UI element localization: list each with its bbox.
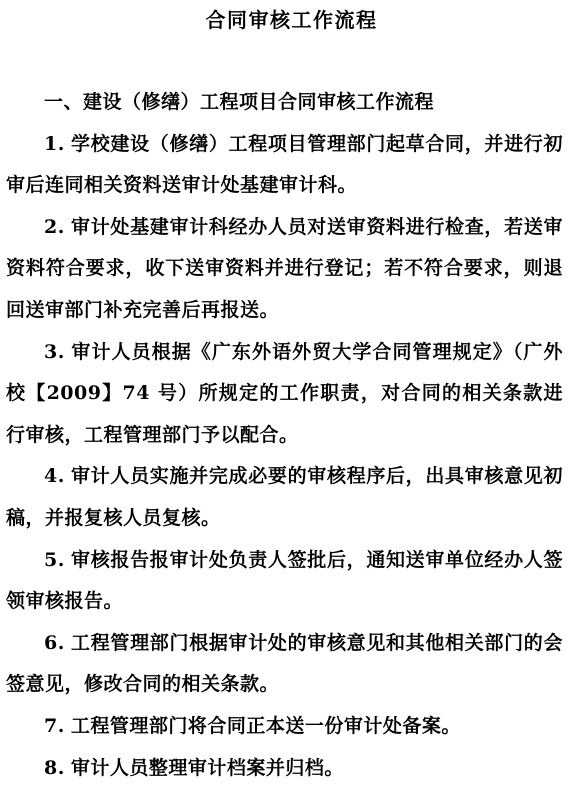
paragraph-2-number: 2. [44,216,65,238]
paragraph-1-number: 1. [44,133,65,155]
paragraph-7: 7.工程管理部门将合同正本送一份审计处备案。 [6,706,563,748]
paragraph-1-text: 学校建设（修缮）工程项目管理部门起草合同，并进行初审后连同相关资料送审计处基建审… [6,133,563,197]
paragraph-7-text: 工程管理部门将合同正本送一份审计处备案。 [71,715,461,737]
paragraph-5-text: 审核报告报审计处负责人签批后，通知送审单位经办人签领审核报告。 [6,549,563,613]
paragraph-6-number: 6. [44,632,65,654]
paragraph-5-number: 5. [44,549,65,571]
paragraph-2: 2.审计处基建审计科经办人员对送审资料进行检查，若送审资料符合要求，收下送审资料… [6,207,563,332]
document-page: 合同审核工作流程 一、建设（修缮）工程项目合同审核工作流程 1.学校建设（修缮）… [0,0,583,807]
paragraph-3: 3.审计人员根据《广东外语外贸大学合同管理规定》（广外校【2009】74 号）所… [6,332,563,457]
document-title: 合同审核工作流程 [0,0,583,32]
paragraph-8: 8.审计人员整理审计档案并归档。 [6,748,563,790]
document-body: 一、建设（修缮）工程项目合同审核工作流程 1.学校建设（修缮）工程项目管理部门起… [0,82,583,789]
paragraph-4-number: 4. [44,465,65,487]
paragraph-8-text: 审计人员整理审计档案并归档。 [71,757,344,779]
section-heading: 一、建设（修缮）工程项目合同审核工作流程 [6,82,563,124]
paragraph-3-number: 3. [44,341,65,363]
paragraph-3-text: 审计人员根据《广东外语外贸大学合同管理规定》（广外校【2009】74 号）所规定… [6,341,563,446]
paragraph-7-number: 7. [44,715,65,737]
paragraph-2-text: 审计处基建审计科经办人员对送审资料进行检查，若送审资料符合要求，收下送审资料并进… [6,216,563,321]
paragraph-4-text: 审计人员实施并完成必要的审核程序后，出具审核意见初稿，并报复核人员复核。 [6,465,563,529]
paragraph-6: 6.工程管理部门根据审计处的审核意见和其他相关部门的会签意见，修改合同的相关条款… [6,623,563,706]
paragraph-5: 5.审核报告报审计处负责人签批后，通知送审单位经办人签领审核报告。 [6,540,563,623]
paragraph-8-number: 8. [44,757,65,779]
paragraph-1: 1.学校建设（修缮）工程项目管理部门起草合同，并进行初审后连同相关资料送审计处基… [6,124,563,207]
paragraph-6-text: 工程管理部门根据审计处的审核意见和其他相关部门的会签意见，修改合同的相关条款。 [6,632,563,696]
paragraph-4: 4.审计人员实施并完成必要的审核程序后，出具审核意见初稿，并报复核人员复核。 [6,456,563,539]
